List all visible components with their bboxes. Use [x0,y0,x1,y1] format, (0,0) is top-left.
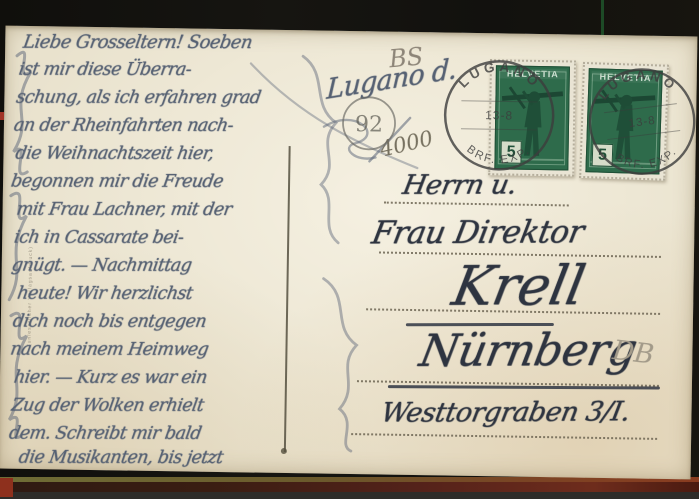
message-line: die Weihnachtszeit hier, [14,144,215,164]
svg-text:13-8: 13-8 [628,115,656,130]
address-rule-1 [384,202,569,207]
message-line: die Musikanten, bis jetzt [17,448,224,468]
nuernberg-underline [388,385,660,389]
message-line: hier. — Kurz es war ein [12,368,208,388]
address-rule-5 [351,433,657,440]
address-line-street: Westtorgraben 3/I. [379,396,633,428]
address-line-title: Frau Direktor [369,214,587,251]
address-line-surname: Krell [448,254,590,318]
divider-end-dot [281,448,287,454]
svg-text:13-8: 13-8 [485,108,513,122]
message-line: gnügt. — Nachmittag [10,256,193,276]
message-line: ist mir diese Überra- [17,60,192,80]
address-line-city: Nürnberg [416,325,641,377]
postcard-back: (unleserlicher Verlagsaufdruck) Liebe Gr… [0,26,697,480]
top-right-green-line [601,0,604,38]
message-line: ich in Cassarate bei- [13,228,185,248]
bottom-edge-gray-band [0,492,699,499]
postmark: LUGANO BRF. EXP. 13-8 [580,59,698,184]
postcard-scan: (unleserlicher Verlagsaufdruck) Liebe Gr… [0,0,699,499]
postmark: LUGANO BRF. EXP. 13-8 [440,56,558,174]
message-line: mit Frau Lachner, mit der [15,200,233,220]
message-line: an der Rheinfahrten nach- [12,116,234,136]
message-line: Zug der Wolken erhielt [10,396,205,416]
pencil-mark-bs: BS [388,42,424,73]
svg-text:LUGANO: LUGANO [455,58,544,92]
message-line: schung, als ich erfahren grad [15,88,262,108]
pencil-mark-db: DB [611,335,656,371]
message-line: dem. Schreibt mir bald [8,424,203,444]
message-line: heute! Wir herzlichst [16,284,194,304]
message-line: begonnen mir die Freude [9,172,224,192]
message-line: Liebe Grosseltern! Soeben [22,32,254,53]
message-line: dich noch bis entgegen [11,312,207,332]
message-line: nach meinem Heimweg [9,340,210,360]
svg-text:92: 92 [355,112,383,137]
circled-number-mark: 92 [340,94,399,153]
bottom-left-red-patch [0,478,13,497]
divider-line [284,146,290,452]
